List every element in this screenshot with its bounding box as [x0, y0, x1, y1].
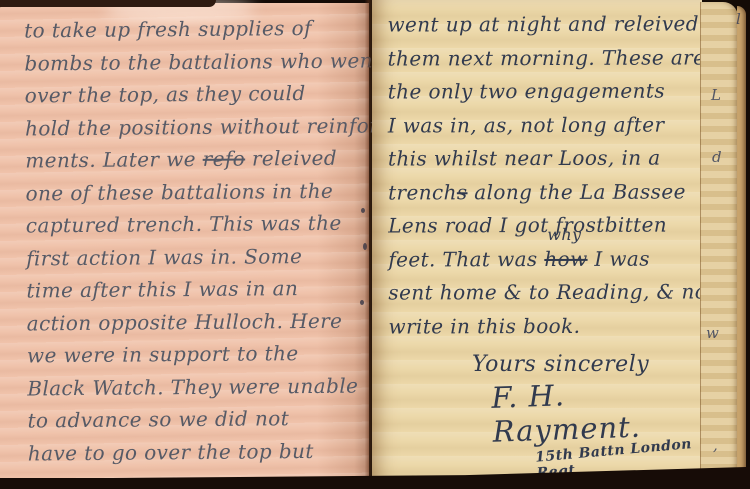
- ink-bleed-mark: w: [706, 324, 719, 342]
- handwritten-line: to advance so we did not: [27, 402, 363, 437]
- ink-bleed-mark: L: [711, 86, 721, 104]
- ink-bleed-mark: ,: [713, 436, 718, 454]
- handwritten-line: them next morning. These are: [388, 41, 700, 76]
- text-segment: Black Watch. They were unable: [27, 373, 358, 400]
- struck-word: how: [544, 246, 587, 270]
- text-segment: one of these battalions in the: [25, 178, 333, 205]
- handwritten-line: write in this book.: [388, 309, 700, 344]
- text-segment: trench: [388, 180, 457, 204]
- text-segment: Lens road I got frostbitten: [388, 213, 667, 238]
- handwritten-line: the only two engagements: [388, 74, 700, 109]
- text-segment: them next morning. These are: [388, 45, 706, 70]
- text-segment: ments. Later we: [25, 147, 203, 173]
- right-page-text: went up at night and releivedthem next m…: [387, 7, 700, 343]
- letter-closing: Yours sincerely F. H. Rayment. 15th Batt…: [388, 352, 700, 481]
- handwritten-line: Lens road I got frostbitten: [388, 208, 700, 243]
- text-segment: feet. That was: [388, 246, 544, 271]
- text-segment: I was in, as, not long after: [388, 112, 665, 137]
- handwritten-line: over the top, as they could: [25, 77, 361, 112]
- handwritten-line: action opposite Hulloch. Here: [27, 304, 363, 339]
- handwritten-line: ments. Later we refo releived: [25, 142, 361, 177]
- text-segment: the only two engagements: [388, 79, 665, 104]
- text-segment: to advance so we did not: [27, 406, 289, 432]
- text-segment: sent home & to Reading, & now: [388, 279, 724, 304]
- ink-bleed-mark: l: [736, 10, 741, 28]
- text-segment: along the La Bassee: [467, 179, 685, 204]
- ink-speck: [360, 300, 364, 305]
- struck-word: s: [457, 180, 468, 204]
- left-page-text: to take up fresh supplies ofbombs to the…: [24, 12, 364, 470]
- left-page: to take up fresh supplies ofbombs to the…: [0, 3, 369, 478]
- closing-salutation: Yours sincerely: [388, 352, 700, 377]
- handwritten-line: first action I was in. Some: [26, 239, 362, 274]
- ink-bleed-mark: d: [712, 148, 722, 166]
- page-edge-under: [737, 6, 746, 476]
- handwritten-line: sent home & to Reading, & now: [388, 275, 700, 310]
- handwritten-line: hold the positions without reinforce-: [25, 109, 361, 144]
- handwritten-line: captured trench. This was the: [26, 207, 362, 242]
- handwritten-line: trenchs along the La Bassee: [388, 175, 700, 210]
- correction: whyhow: [544, 242, 587, 276]
- scanned-notebook-spread: to take up fresh supplies ofbombs to the…: [0, 0, 750, 489]
- struck-word: refo: [203, 147, 246, 171]
- text-segment: this whilst near Loos, in a: [388, 146, 661, 171]
- text-segment: went up at night and releived: [387, 11, 699, 36]
- text-segment: action opposite Hulloch. Here: [27, 308, 343, 335]
- handwritten-line: we were in support to the: [27, 337, 363, 372]
- handwritten-line: this whilst near Loos, in a: [388, 141, 700, 176]
- handwritten-line: feet. That was whyhow I was: [388, 242, 700, 277]
- text-segment: first action I was in. Some: [26, 244, 302, 270]
- handwritten-line: time after this I was in an: [26, 272, 362, 307]
- handwritten-line: I was in, as, not long after: [388, 108, 700, 143]
- text-segment: we were in support to the: [27, 341, 299, 367]
- handwritten-line: have to go over the top but: [28, 434, 364, 469]
- text-segment: time after this I was in an: [26, 276, 298, 302]
- page-edge-stack: [700, 2, 738, 480]
- book-cover-edge-top: [0, 0, 216, 7]
- handwritten-line: one of these battalions in the: [25, 174, 361, 209]
- handwritten-line: Black Watch. They were unable: [27, 369, 363, 404]
- text-segment: captured trench. This was the: [26, 211, 342, 238]
- text-segment: bombs to the battalions who went: [24, 48, 381, 75]
- handwritten-line: bombs to the battalions who went: [24, 44, 360, 79]
- text-segment: I was: [588, 246, 650, 270]
- text-segment: releived: [245, 146, 337, 171]
- text-segment: to take up fresh supplies of: [24, 16, 312, 43]
- text-segment: write in this book.: [388, 313, 580, 338]
- text-segment: over the top, as they could: [25, 81, 306, 107]
- text-segment: have to go over the top but: [28, 438, 314, 464]
- inserted-word: why: [547, 227, 581, 241]
- text-segment: hold the positions without reinforce-: [25, 113, 410, 140]
- handwritten-line: went up at night and releived: [387, 7, 699, 42]
- handwritten-line: to take up fresh supplies of: [24, 12, 360, 47]
